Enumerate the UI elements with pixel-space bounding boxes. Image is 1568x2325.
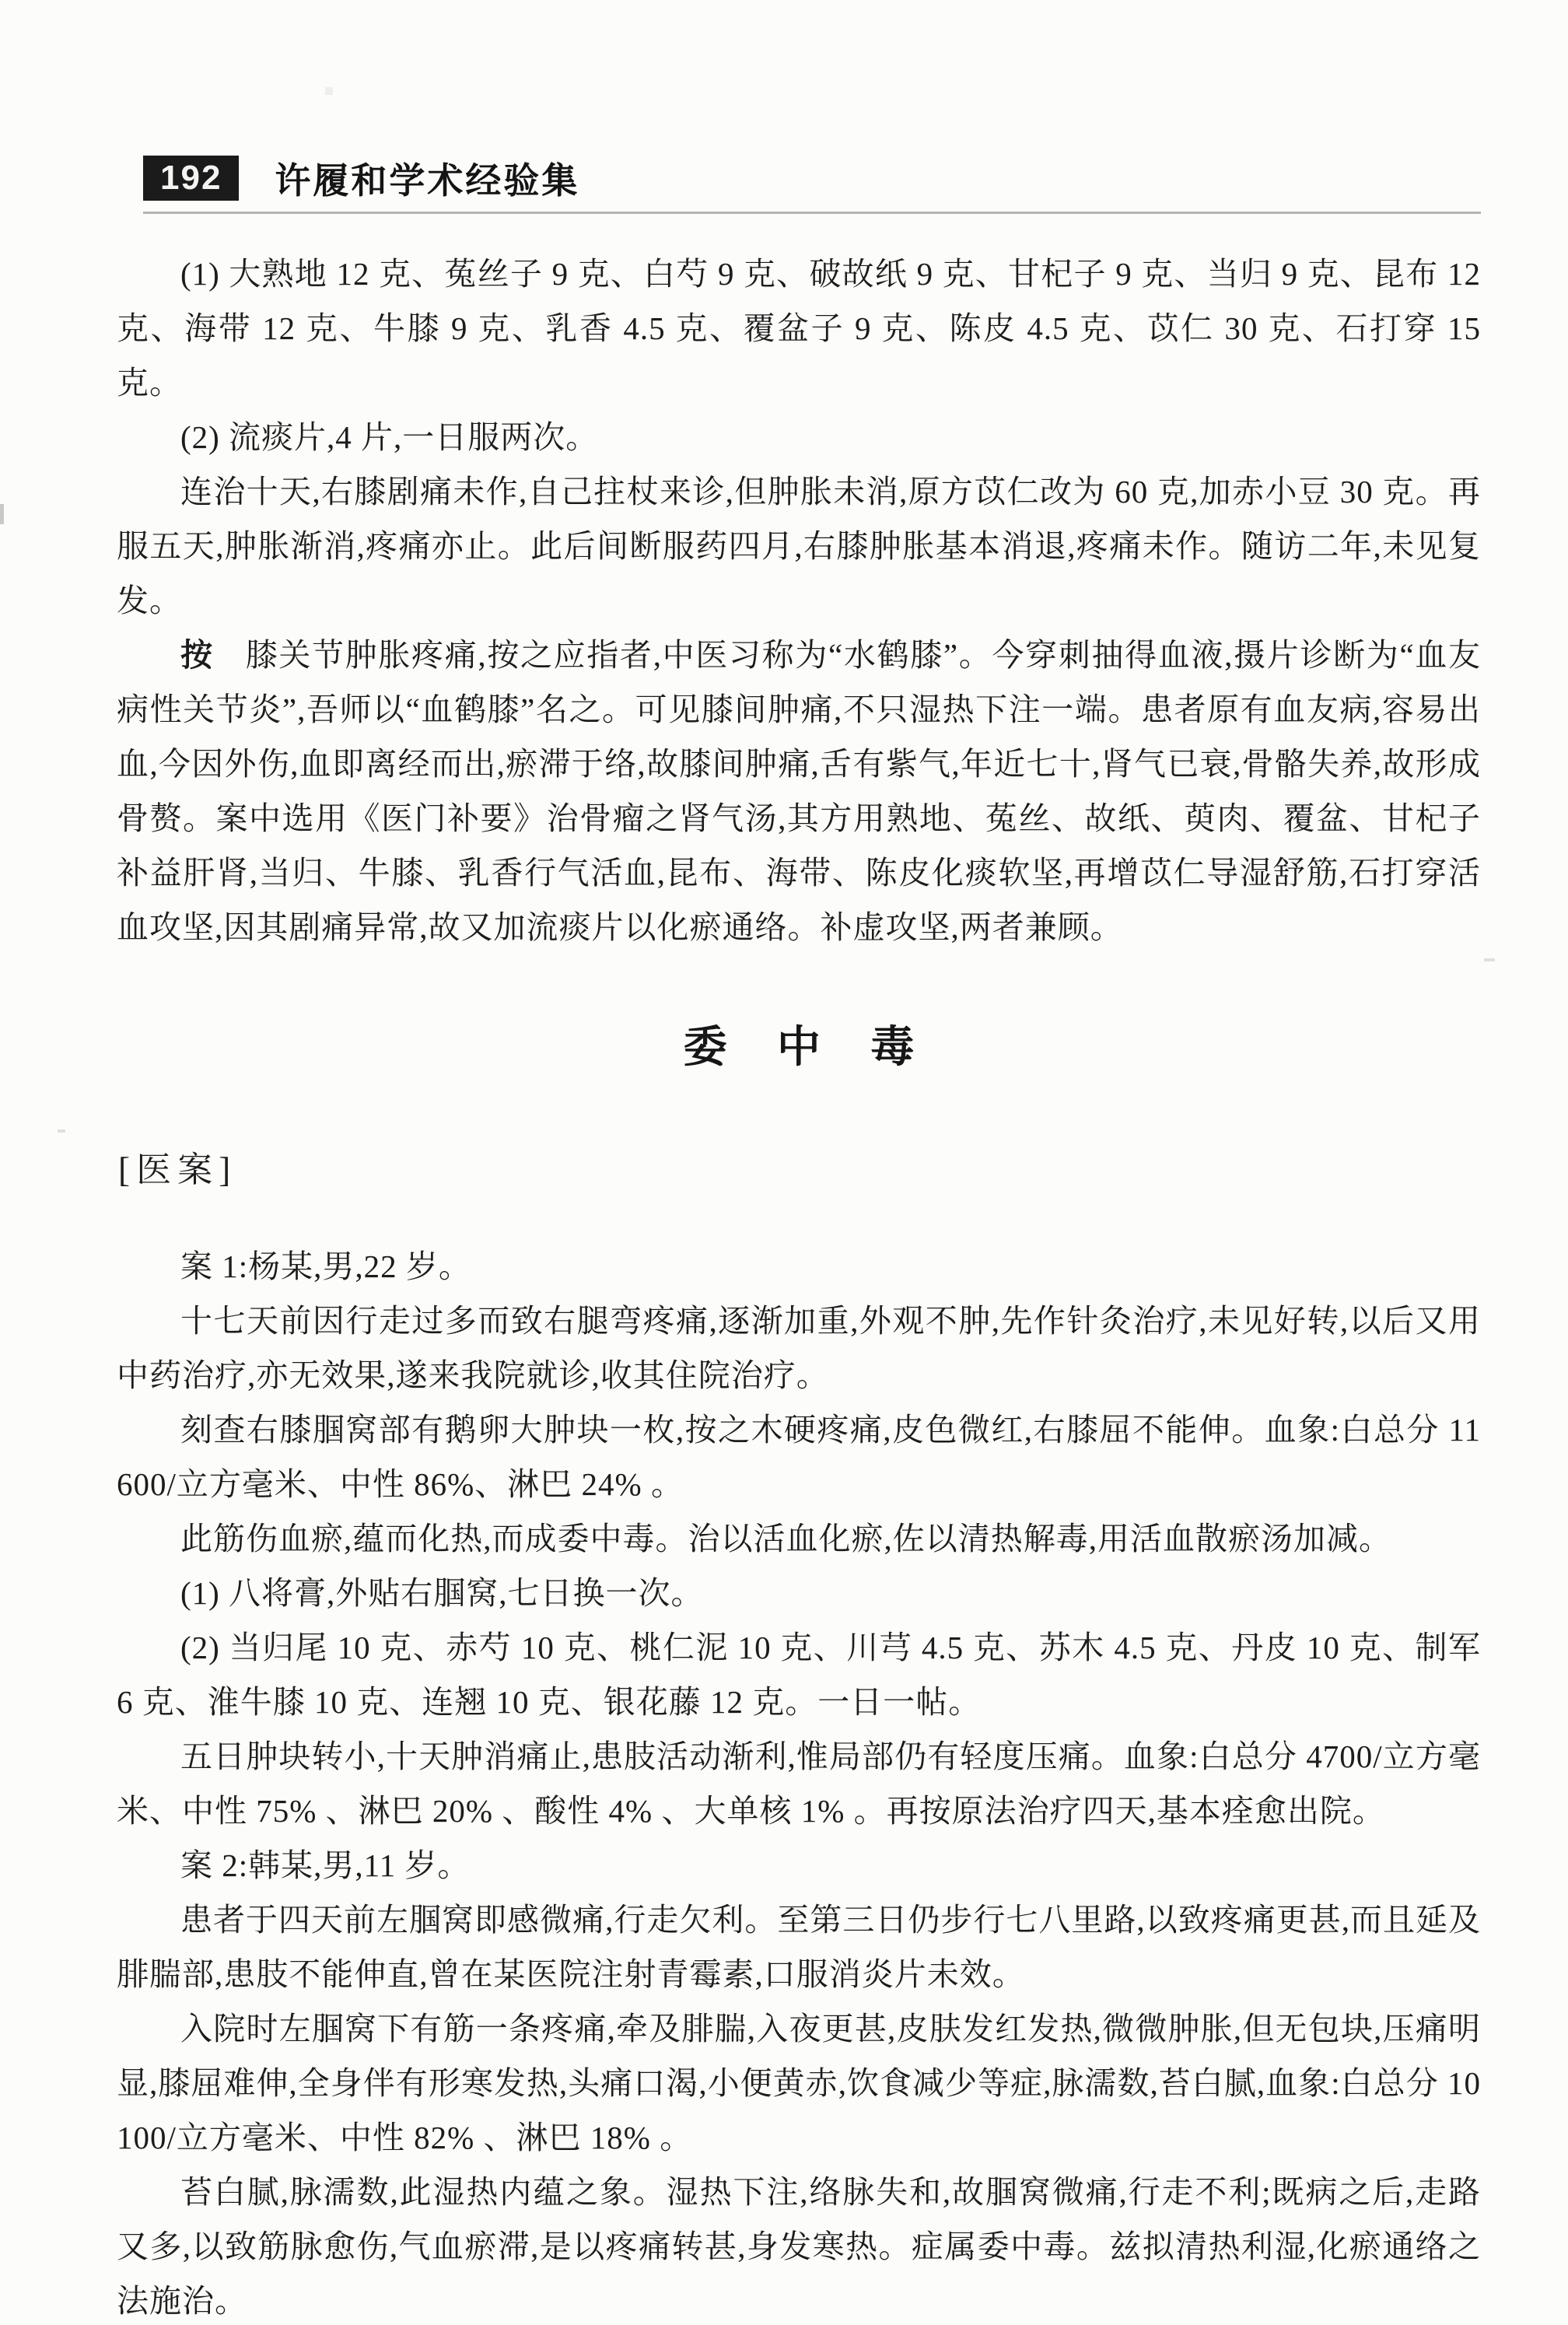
case1-treatment-2: (2) 当归尾 10 克、赤芍 10 克、桃仁泥 10 克、川芎 4.5 克、苏… [117, 1620, 1481, 1729]
page-header: 192 许履和学术经验集 [143, 154, 1481, 202]
case1-diagnosis-paragraph: 此筋伤血瘀,蕴而化热,而成委中毒。治以活血化瘀,佐以清热解毒,用活血散瘀汤加减。 [117, 1511, 1481, 1566]
scan-artifact [325, 87, 333, 95]
commentary-text: 膝关节肿胀疼痛,按之应指者,中医习称为“水鹤膝”。今穿刺抽得血液,摄片诊断为“血… [117, 637, 1481, 945]
case1-patient-line: 案 1:杨某,男,22 岁。 [117, 1239, 1481, 1294]
case-followup-paragraph: 连治十天,右膝剧痛未作,自己拄杖来诊,但肿胀未消,原方苡仁改为 60 克,加赤小… [117, 464, 1481, 628]
commentary-label: 按 [180, 637, 214, 673]
scan-artifact [58, 1129, 65, 1133]
page-number-badge: 192 [143, 156, 239, 201]
case2-diagnosis-paragraph: 苔白腻,脉濡数,此湿热内蕴之象。湿热下注,络脉失和,故腘窝微痛,行走不利;既病之… [117, 2165, 1481, 2325]
case1-history-paragraph: 十七天前因行走过多而致右腿弯疼痛,逐渐加重,外观不肿,先作针灸治疗,未见好转,以… [117, 1294, 1481, 1402]
prescription-paragraph: (2) 流痰片,4 片,一日服两次。 [117, 410, 1481, 464]
case1-treatment-1: (1) 八将膏,外贴右腘窝,七日换一次。 [117, 1566, 1481, 1620]
case2-exam-paragraph: 入院时左腘窝下有筋一条疼痛,牵及腓腨,入夜更甚,皮肤发红发热,微微肿胀,但无包块… [117, 2001, 1481, 2165]
header-rule [143, 212, 1481, 214]
section-title: 委中毒 [117, 1020, 1481, 1074]
page-body: (1) 大熟地 12 克、菟丝子 9 克、白芍 9 克、破故纸 9 克、甘杞子 … [117, 247, 1481, 2325]
prescription-paragraph: (1) 大熟地 12 克、菟丝子 9 克、白芍 9 克、破故纸 9 克、甘杞子 … [117, 247, 1481, 410]
book-page: 192 许履和学术经验集 (1) 大熟地 12 克、菟丝子 9 克、白芍 9 克… [0, 0, 1568, 2325]
case1-exam-paragraph: 刻查右膝腘窝部有鹅卵大肿块一枚,按之木硬疼痛,皮色微红,右膝屈不能伸。血象:白总… [117, 1402, 1481, 1511]
case2-patient-line: 案 2:韩某,男,11 岁。 [117, 1838, 1481, 1893]
scan-artifact [1484, 958, 1495, 961]
case2-history-paragraph: 患者于四天前左腘窝即感微痛,行走欠利。至第三日仍步行七八里路,以致疼痛更甚,而且… [117, 1893, 1481, 2001]
commentary-paragraph: 按膝关节肿胀疼痛,按之应指者,中医习称为“水鹤膝”。今穿刺抽得血液,摄片诊断为“… [117, 628, 1481, 954]
scan-artifact [0, 504, 4, 524]
case1-outcome-paragraph: 五日肿块转小,十天肿消痛止,患肢活动渐利,惟局部仍有轻度压痛。血象:白总分 47… [117, 1729, 1481, 1838]
section-label-medical-cases: [医案] [118, 1143, 1481, 1197]
book-title: 许履和学术经验集 [275, 152, 579, 204]
